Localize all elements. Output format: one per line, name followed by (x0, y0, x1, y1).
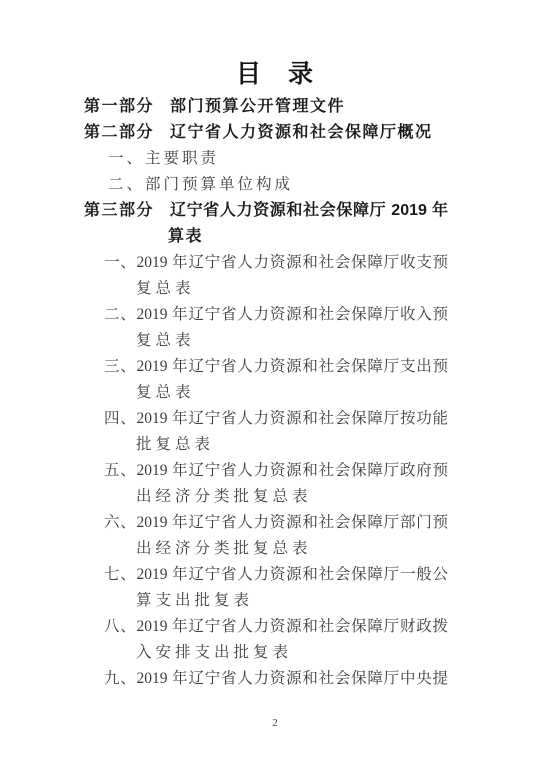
toc-line-sub: 一、主要职责 (0, 146, 550, 172)
toc-line-item-cont: 复总表 (0, 276, 550, 302)
toc-line-item-cont: 出经济分类批复总表 (0, 484, 550, 510)
toc-list: 第一部分部门预算公开管理文件第二部分辽宁省人力资源和社会保障厅概况一、主要职责二… (0, 94, 550, 692)
toc-line-item: 六、2019 年辽宁省人力资源和社会保障厅部门预算支 (104, 510, 448, 536)
toc-line-item: 三、2019 年辽宁省人力资源和社会保障厅支出预算批 (104, 354, 448, 380)
section-title-text: 辽宁省人力资源和社会保障厅 2019 年部门预 (170, 198, 448, 224)
section-label: 第二部分 (84, 120, 170, 146)
page-number: 2 (0, 716, 550, 730)
toc-line-section: 第三部分辽宁省人力资源和社会保障厅 2019 年部门预 (0, 198, 550, 224)
toc-title: 目 录 (0, 59, 550, 89)
section-label: 第三部分 (84, 198, 170, 224)
toc-line-item-cont: 批复总表 (0, 432, 550, 458)
toc-line-item-cont: 复总表 (0, 328, 550, 354)
toc-line-item-cont: 出经济分类批复总表 (0, 536, 550, 562)
toc-line-item: 一、2019 年辽宁省人力资源和社会保障厅收支预算批 (104, 250, 448, 276)
section-title-text: 辽宁省人力资源和社会保障厅概况 (170, 124, 433, 141)
toc-line-item-cont: 算支出批复表 (0, 588, 550, 614)
section-title-text: 部门预算公开管理文件 (170, 98, 345, 115)
toc-line-item: 四、2019 年辽宁省人力资源和社会保障厅按功能科目 (104, 406, 448, 432)
toc-line-section: 第二部分辽宁省人力资源和社会保障厅概况 (0, 120, 550, 146)
toc-line-item: 二、2019 年辽宁省人力资源和社会保障厅收入预算批 (104, 302, 448, 328)
toc-line-item: 八、2019 年辽宁省人力资源和社会保障厅财政拨款收 (104, 614, 448, 640)
toc-line-item: 九、2019 年辽宁省人力资源和社会保障厅中央提前告 (104, 666, 448, 692)
toc-line-section-cont: 算表 (0, 224, 550, 250)
toc-line-item: 五、2019 年辽宁省人力资源和社会保障厅政府预算支 (104, 458, 448, 484)
toc-line-section: 第一部分部门预算公开管理文件 (0, 94, 550, 120)
toc-line-sub: 二、部门预算单位构成 (0, 172, 550, 198)
document-page: 目 录 第一部分部门预算公开管理文件第二部分辽宁省人力资源和社会保障厅概况一、主… (0, 0, 550, 777)
toc-line-item: 七、2019 年辽宁省人力资源和社会保障厅一般公共预 (104, 562, 448, 588)
toc-line-item-cont: 复总表 (0, 380, 550, 406)
section-label: 第一部分 (84, 94, 170, 120)
toc-line-item-cont: 入安排支出批复表 (0, 640, 550, 666)
